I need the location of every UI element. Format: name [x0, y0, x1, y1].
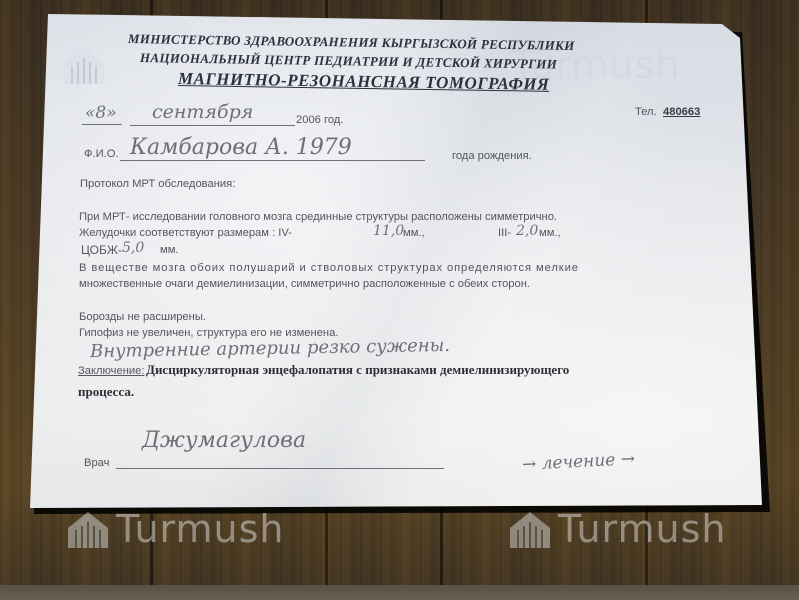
- mm-unit: мм.: [160, 244, 179, 256]
- watermark-bottom-right: Turmush: [508, 510, 726, 548]
- csf-label: ЦОБЖ-: [81, 243, 122, 257]
- ventricle-iii-value: 2,0: [516, 223, 538, 239]
- protocol-title: Протокол МРТ обследования:: [80, 178, 235, 190]
- doctor-label: Врач: [84, 457, 110, 469]
- date-year: 2006 год.: [296, 114, 343, 126]
- mm-unit: мм.,: [539, 227, 561, 239]
- conclusion-text-2: процесса.: [78, 384, 134, 400]
- finding-midline: При МРТ- исследовании головного мозга ср…: [79, 211, 557, 223]
- date-month: сентября: [152, 101, 253, 123]
- mm-unit: мм.,: [403, 227, 425, 239]
- doctor-signature: Джумагулова: [142, 428, 306, 453]
- watermark-bottom-left: Turmush: [66, 510, 284, 548]
- finding-substance-1: В веществе мозга обоих полушарий и ствол…: [79, 262, 579, 274]
- phone-label: Тел.: [635, 106, 657, 118]
- house-logo-icon: [508, 510, 552, 548]
- house-logo-icon: [62, 46, 106, 84]
- phone-number: 480663: [663, 106, 700, 118]
- ventricle-iv-value: 11,0: [373, 223, 404, 239]
- finding-substance-2: множественные очаги демиелинизации, симм…: [79, 278, 530, 290]
- csf-value: 5,0: [122, 240, 144, 256]
- patient-name: Камбарова А. 1979: [130, 135, 352, 160]
- conclusion-label: Заключение:: [78, 365, 144, 377]
- conclusion-text-1: Дисциркуляторная энцефалопатия с признак…: [146, 362, 569, 378]
- house-logo-icon: [66, 510, 110, 548]
- date-day: «8»: [85, 103, 117, 123]
- ventricles-label: Желудочки соответствуют размерам : IV-: [79, 227, 292, 239]
- birth-year-label: года рождения.: [452, 150, 532, 162]
- ventricle-iii-label: III-: [498, 227, 511, 239]
- finding-sulci: Борозды не расширены.: [79, 311, 206, 323]
- patient-name-label: Ф.И.О.: [84, 148, 119, 160]
